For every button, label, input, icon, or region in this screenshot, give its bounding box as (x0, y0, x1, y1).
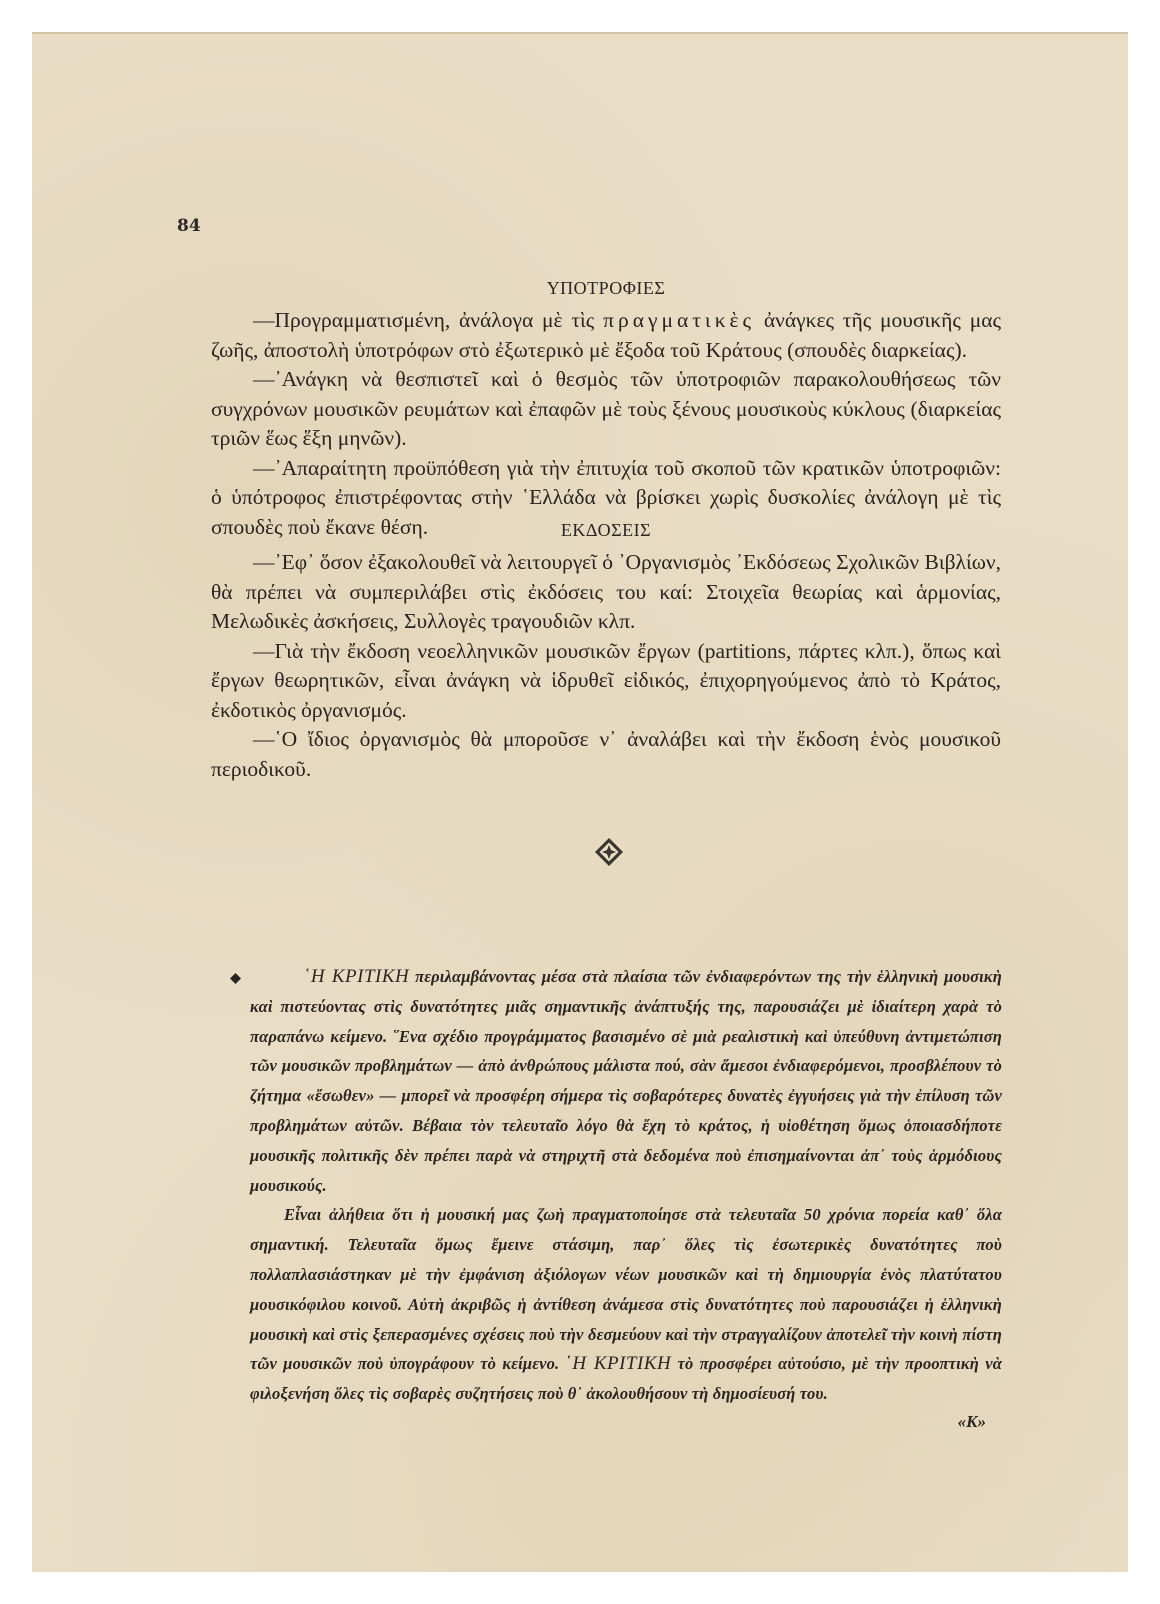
spaced-emphasis-text: πραγματικὲς (603, 308, 755, 332)
paragraph-text: —Προγραμματισμένη, ἀνάλογα μὲ τὶς (253, 308, 603, 332)
diamond-ornament-icon (594, 837, 624, 867)
section-publications: ΕΚΔΟΣΕΙΣ —᾽Εφ᾽ ὅσον ἐξακολουθεῖ νὰ λειτο… (211, 520, 1001, 784)
document-page: 84 ΥΠΟΤΡΟΦΙΕΣ —Προγραμματισμένη, ἀνάλογα… (32, 32, 1128, 1572)
journal-name: ῾Η ΚΡΙΤΙΚΗ (304, 966, 409, 987)
paragraph: —῾Ο ἴδιος ὀργανισμὸς θὰ μποροῦσε ν᾽ ἀναλ… (211, 725, 1001, 784)
paragraph: —Γιὰ τὴν ἔκδοση νεοελληνικῶν μουσικῶν ἔρ… (211, 637, 1001, 726)
note-paragraph: Εἶναι ἀλήθεια ὅτι ἡ μουσική μας ζωὴ πραγ… (250, 1200, 1002, 1409)
section-scholarships: ΥΠΟΤΡΟΦΙΕΣ —Προγραμματισμένη, ἀνάλογα μὲ… (211, 278, 1001, 542)
section-heading-scholarships: ΥΠΟΤΡΟΦΙΕΣ (211, 278, 1001, 299)
paragraph: —Προγραμματισμένη, ἀνάλογα μὲ τὶς πραγμα… (211, 306, 1001, 365)
section-heading-publications: ΕΚΔΟΣΕΙΣ (211, 520, 1001, 541)
black-diamond-bullet-icon (230, 971, 241, 982)
signature: «Κ» (250, 1412, 1002, 1432)
editorial-note: ῾Η ΚΡΙΤΙΚΗ περιλαμβάνοντας μέσα στὰ πλαί… (250, 962, 1002, 1432)
page-number: 84 (177, 216, 201, 236)
journal-name: ῾Η ΚΡΙΤΙΚΗ (566, 1353, 672, 1374)
note-paragraph: ῾Η ΚΡΙΤΙΚΗ περιλαμβάνοντας μέσα στὰ πλαί… (250, 962, 1002, 1200)
paragraph: —᾽Εφ᾽ ὅσον ἐξακολουθεῖ νὰ λειτουργεῖ ὁ ᾽… (211, 548, 1001, 637)
paragraph: —᾽Ανάγκη νὰ θεσπιστεῖ καὶ ὁ θεσμὸς τῶν ὑ… (211, 365, 1001, 454)
note-text: Εἶναι ἀλήθεια ὅτι ἡ μουσική μας ζωὴ πραγ… (250, 1205, 1002, 1373)
note-text: περιλαμβάνοντας μέσα στὰ πλαίσια τῶν ἐνδ… (250, 967, 1002, 1195)
